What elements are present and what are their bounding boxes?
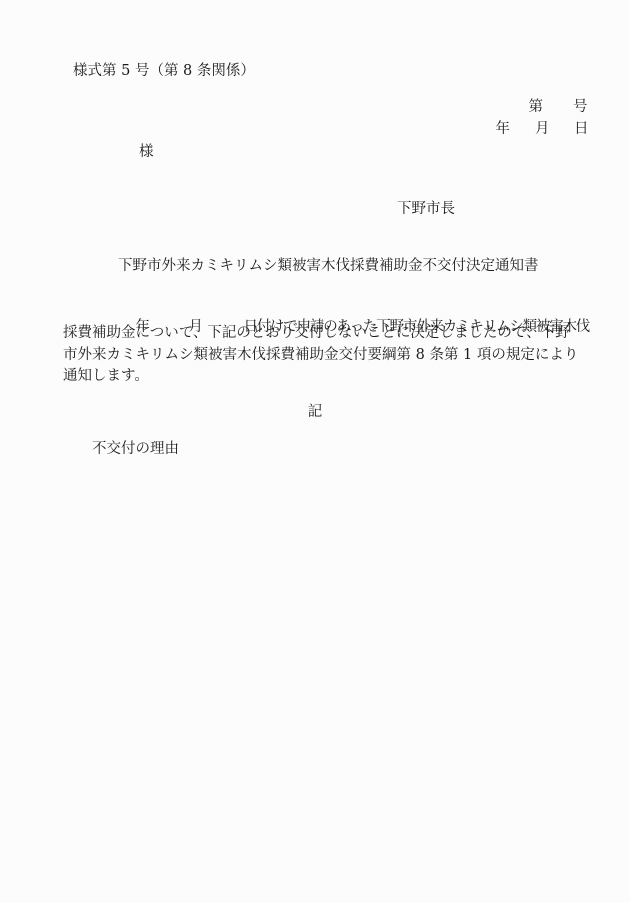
- form-number: 様式第 5 号（第 8 条関係）: [73, 64, 255, 79]
- addressee-suffix: 様: [139, 145, 154, 160]
- document-page: 様式第 5 号（第 8 条関係） 第号 年月日 様 下野市長 下野市外来カミキリ…: [0, 0, 630, 903]
- date-year-label: 年: [495, 121, 510, 137]
- sender-title: 下野市長: [397, 202, 455, 217]
- body-paragraph-line-4: 通知します。: [63, 369, 149, 384]
- date-month-blank: [549, 132, 574, 133]
- body-paragraph-line-2: 採費補助金について、下記のとおり交付しないことに決定しましたので、下野: [63, 326, 570, 341]
- date-year-blank: [510, 132, 535, 133]
- date-line: 年月日: [477, 107, 588, 152]
- body-paragraph-line-3: 市外来カミキリムシ類被害木伐採費補助金交付要綱第 8 条第 1 項の規定により: [63, 348, 578, 363]
- date-day-label: 日: [574, 121, 589, 137]
- document-title: 下野市外来カミキリムシ類被害木伐採費補助金不交付決定通知書: [118, 259, 539, 274]
- reason-label: 不交付の理由: [92, 442, 179, 457]
- date-month-label: 月: [535, 121, 550, 137]
- record-marker: 記: [0, 405, 630, 420]
